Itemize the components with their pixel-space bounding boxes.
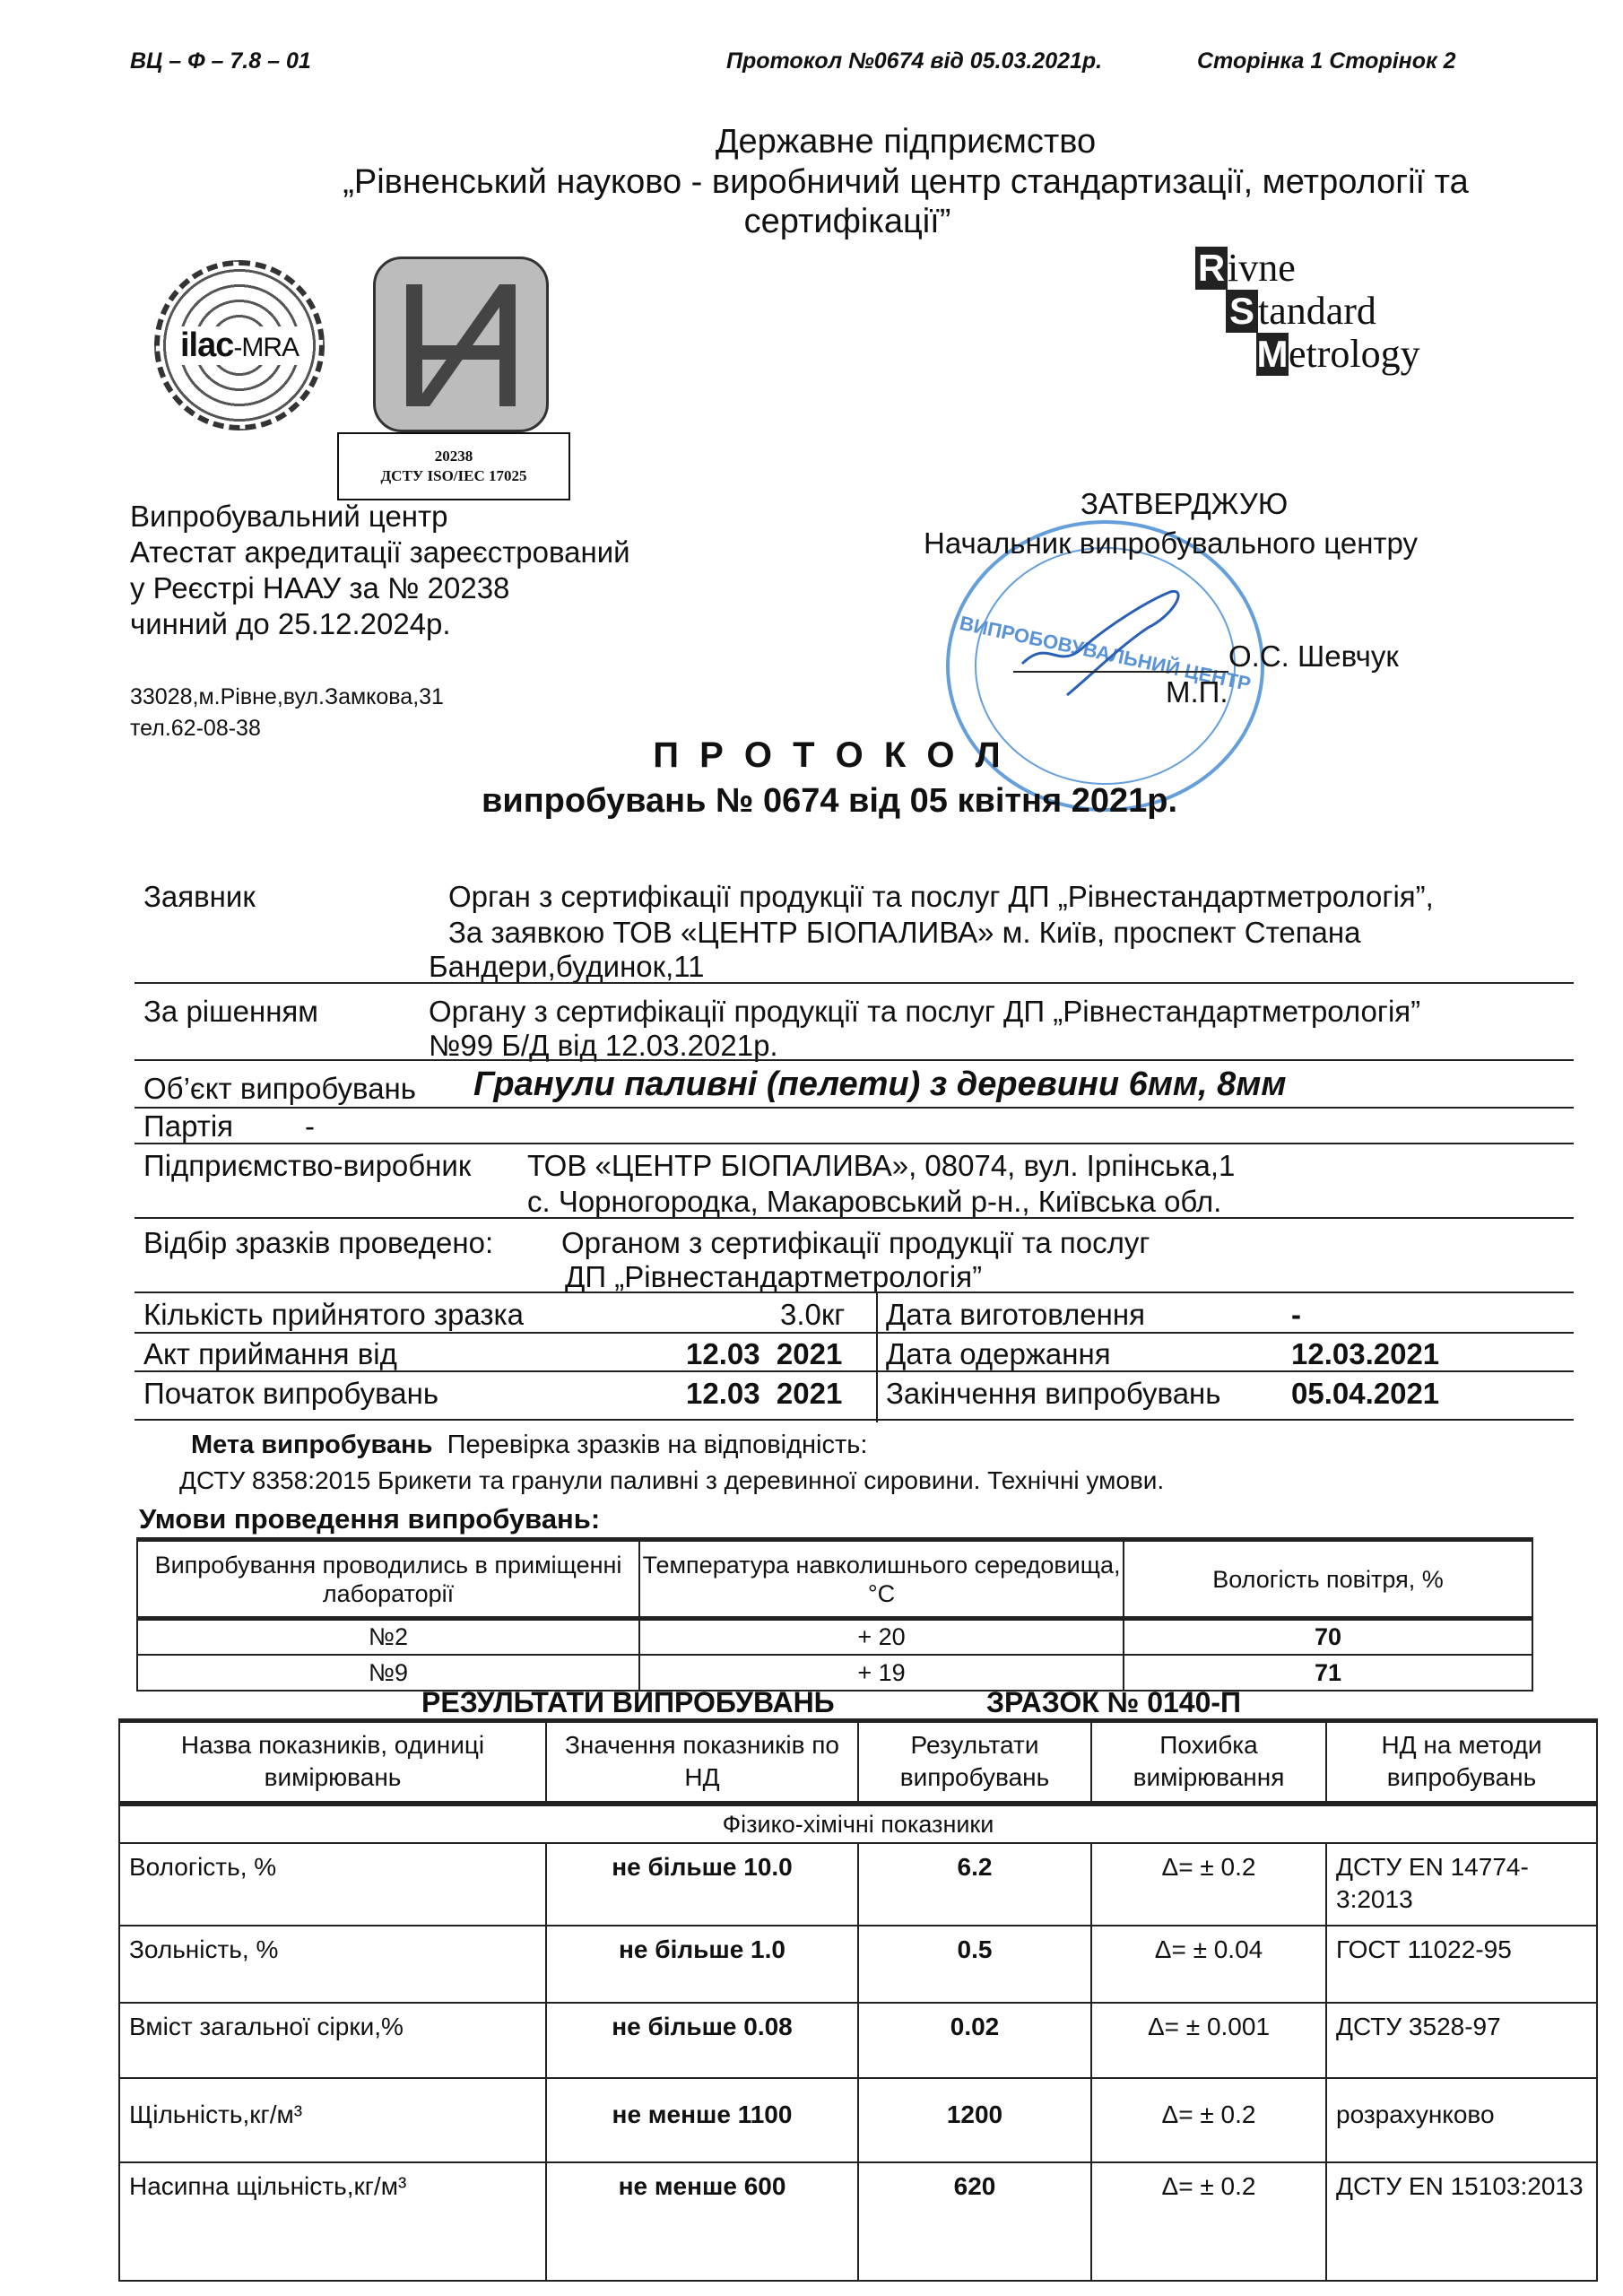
batch-value: - [305,1109,315,1144]
manufacture-date-value: - [1291,1297,1301,1333]
purpose: Мета випробувань Перевірка зразків на ві… [191,1430,867,1460]
decision-label: За рішенням [143,994,318,1030]
sampling-line-2: ДП „Рівнестандартметрологія” [565,1259,982,1295]
signature-line [1013,671,1228,673]
ilac-logo-text: ilac-MRA [178,326,300,365]
act-label: Акт приймання від [143,1336,397,1372]
start-value: 12.03 2021 [686,1376,842,1412]
purpose-standard: ДСТУ 8358:2015 Брикети та гранули паливн… [179,1465,1164,1496]
form-code: ВЦ – Ф – 7.8 – 01 [130,48,311,74]
sampling-line-1: Органом з сертифікації продукції та посл… [561,1225,1150,1261]
lab-address: 33028,м.Рівне,вул.Замкова,31 [130,682,444,712]
table-row: Насипна щільність,кг/м³не менше 600620Δ=… [119,2162,1597,2281]
purpose-text: Перевірка зразків на відповідність: [447,1431,868,1459]
divider [135,1291,1574,1293]
conditions-header-temperature: Температура навколишнього середовища, °C [639,1540,1124,1619]
naau-glyph-icon [376,259,546,430]
manufacturer-line-1: ТОВ «ЦЕНТР БІОПАЛИВА», 08074, вул. Ірпін… [527,1148,1235,1184]
table-row: №2+ 2070 [137,1619,1532,1655]
divider [135,1217,1574,1219]
manufacturer-label: Підприємство-виробник [143,1148,471,1184]
protocol-reference: Протокол №0674 від 05.03.2021р. [726,48,1102,74]
divider [135,1143,1574,1144]
approval-position: Начальник випробувального центру [924,526,1418,561]
conditions-header-humidity: Вологість повітря, % [1124,1540,1532,1619]
lab-info: Випробувальний центр Атестат акредитації… [130,499,630,642]
table-row: №9+ 1971 [137,1655,1532,1691]
batch-label: Партія [143,1109,233,1144]
quantity-value: 3.0кг [780,1297,845,1333]
divider [135,1059,1574,1061]
approval-title: ЗАТВЕРДЖУЮ [1081,486,1288,522]
quantity-label: Кількість прийнятого зразка [143,1297,524,1333]
naau-logo [373,257,549,432]
results-title: РЕЗУЛЬТАТИ ВИПРОБУВАНЬ [421,1686,835,1719]
vertical-divider [876,1291,878,1422]
rivne-standard-metrology-logo: Rivne Standard Metrology [1195,247,1420,376]
seal-label: М.П. [1166,674,1228,710]
end-value: 05.04.2021 [1291,1376,1439,1412]
received-date-label: Дата одержання [886,1336,1111,1372]
results-header-method: НД на методи випробувань [1326,1721,1597,1804]
divider [135,1370,1574,1372]
decision-line-1: Органу з сертифікації продукції та послу… [429,994,1420,1030]
conditions-header-room: Випробування проводились в приміщенні ла… [137,1540,639,1619]
divider [135,982,1574,984]
sample-number: ЗРАЗОК № 0140-П [986,1686,1241,1719]
accreditation-number: 20238 [339,447,568,466]
table-row: Вміст загальної сірки,%не більше 0.080.0… [119,2003,1597,2078]
object-value: Гранули паливні (пелети) з деревини 6мм,… [473,1065,1286,1104]
table-row: Зольність, %не більше 1.00.5Δ= ± 0.04ГОС… [119,1926,1597,2003]
results-header-name: Назва показників, одиниці вимірювань [119,1721,546,1804]
sampling-label: Відбір зразків проведено: [143,1225,493,1261]
divider [135,1107,1574,1109]
end-label: Закінчення випробувань [886,1376,1220,1412]
decision-line-2: №99 Б/Д від 12.03.2021р. [429,1028,778,1064]
results-section-label: Фізико-хімічні показники [119,1804,1597,1843]
conditions-table: Випробування проводились в приміщенні ла… [136,1537,1533,1692]
purpose-label: Мета випробувань [191,1431,432,1459]
document-title: П Р О Т О К О Л [0,735,1623,776]
document-subtitle: випробувань № 0674 від 05 квітня 2021р. [0,782,1623,821]
org-line-1: Державне підприємство [0,121,1623,162]
results-header-error: Похибка вимірювання [1091,1721,1326,1804]
org-line-3: сертифікації” [0,201,1623,242]
table-row: Щільність,кг/м³не менше 11001200Δ= ± 0.2… [119,2078,1597,2162]
org-line-2: „Рівненський науково - виробничий центр … [0,161,1623,203]
applicant-label: Заявник [143,879,256,915]
accreditation-badge: 20238 ДСТУ ISO/IEC 17025 [337,432,570,500]
received-date-value: 12.03.2021 [1291,1336,1439,1372]
start-label: Початок випробувань [143,1376,438,1412]
manufacture-date-label: Дата виготовлення [886,1297,1145,1333]
results-header-norm: Значення показників по НД [546,1721,858,1804]
results-header-result: Результати випробувань [858,1721,1091,1804]
ilac-mra-logo: ilac-MRA [154,260,325,430]
conditions-title: Умови проведення випробувань: [139,1503,600,1535]
applicant-line-2: За заявкою ТОВ «ЦЕНТР БІОПАЛИВА» м. Київ… [448,915,1361,951]
divider [135,1419,1574,1421]
approver-name: О.С. Шевчук [1228,639,1399,674]
manufacturer-line-2: с. Чорногородка, Макаровський р-н., Київ… [527,1184,1221,1220]
table-row: Вологість, %не більше 10.06.2Δ= ± 0.2ДСТ… [119,1843,1597,1926]
accreditation-standard: ДСТУ ISO/IEC 17025 [339,466,568,486]
results-table: Назва показників, одиниці вимірювань Зна… [118,1718,1598,2282]
divider [135,1332,1574,1334]
object-label: Об’єкт випробувань [143,1071,416,1107]
act-value: 12.03 2021 [686,1336,842,1372]
page-counter: Сторінка 1 Сторінок 2 [1197,48,1456,74]
applicant-line-1: Орган з сертифікації продукції та послуг… [448,879,1434,915]
applicant-line-3: Бандери,будинок,11 [429,949,705,985]
